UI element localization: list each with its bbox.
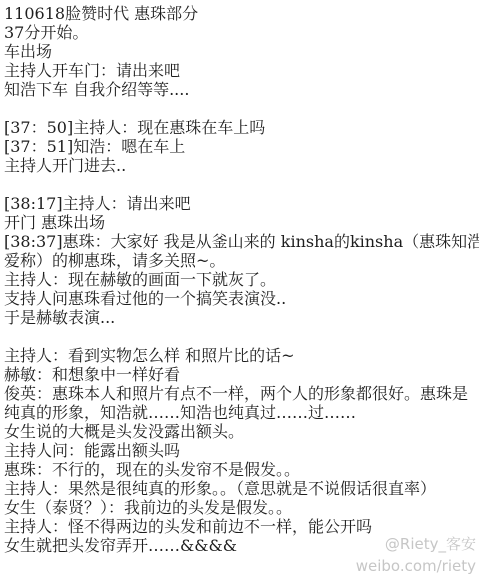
transcript-line: 主持人开车门：请出来吧 bbox=[4, 61, 479, 80]
transcript-line: [38:17]主持人：请出来吧 bbox=[4, 194, 479, 213]
transcript-line: 赫敏：和想象中一样好看 bbox=[4, 365, 479, 384]
transcript-line: 知浩下车 自我介绍等等.... bbox=[4, 80, 479, 99]
weibo-transcript-image: 110618脸赞时代 惠珠部分37分开始。车出场主持人开车门：请出来吧知浩下车 … bbox=[0, 0, 479, 582]
paragraph: [37：50]主持人：现在惠珠在车上吗[37：51]知浩：嗯在车上主持人开门进去… bbox=[4, 118, 479, 175]
transcript-line: 车出场 bbox=[4, 42, 479, 61]
transcript-line: [37：50]主持人：现在惠珠在车上吗 bbox=[4, 118, 479, 137]
transcript-line: 俊英：惠珠本人和照片有点不一样，两个人的形象都很好。惠珠是 bbox=[4, 384, 479, 403]
transcript-line: 37分开始。 bbox=[4, 23, 479, 42]
transcript-line: 主持人：看到实物怎么样 和照片比的话~ bbox=[4, 346, 479, 365]
transcript-line: [38:37]惠珠：大家好 我是从釜山来的 kinsha的kinsha（惠珠知浩 bbox=[4, 232, 479, 251]
transcript-line: 爱称）的柳惠珠，请多关照~。 bbox=[4, 251, 479, 270]
transcript-line: 主持人问：能露出额头吗 bbox=[4, 441, 479, 460]
transcript-line: 女生说的大概是头发没露出额头。 bbox=[4, 422, 479, 441]
paragraph: 主持人：看到实物怎么样 和照片比的话~赫敏：和想象中一样好看俊英：惠珠本人和照片… bbox=[4, 346, 479, 555]
transcript-line: 主持人：现在赫敏的画面一下就灰了。 bbox=[4, 270, 479, 289]
transcript: 110618脸赞时代 惠珠部分37分开始。车出场主持人开车门：请出来吧知浩下车 … bbox=[4, 4, 479, 555]
watermark: @Riety_客安 weibo.com/riety bbox=[356, 533, 476, 577]
paragraph: 110618脸赞时代 惠珠部分37分开始。车出场主持人开车门：请出来吧知浩下车 … bbox=[4, 4, 479, 99]
watermark-handle: @Riety_客安 bbox=[356, 533, 476, 555]
transcript-line: 110618脸赞时代 惠珠部分 bbox=[4, 4, 479, 23]
transcript-line: 主持人：果然是很纯真的形象。。（意思就是不说假话很直率） bbox=[4, 479, 479, 498]
transcript-line: [37：51]知浩：嗯在车上 bbox=[4, 137, 479, 156]
watermark-url: weibo.com/riety bbox=[356, 555, 476, 577]
transcript-line: 主持人开门进去.. bbox=[4, 156, 479, 175]
transcript-line: 开门 惠珠出场 bbox=[4, 213, 479, 232]
transcript-line: 惠珠：不行的，现在的头发帘不是假发。。 bbox=[4, 460, 479, 479]
transcript-line: 于是赫敏表演... bbox=[4, 308, 479, 327]
transcript-line: 女生（泰贤？）：我前边的头发是假发。。 bbox=[4, 498, 479, 517]
transcript-line: 支持人问惠珠看过他的一个搞笑表演没.. bbox=[4, 289, 479, 308]
transcript-line: 纯真的形象，知浩就……知浩也纯真过……过…… bbox=[4, 403, 479, 422]
paragraph: [38:17]主持人：请出来吧开门 惠珠出场[38:37]惠珠：大家好 我是从釜… bbox=[4, 194, 479, 327]
